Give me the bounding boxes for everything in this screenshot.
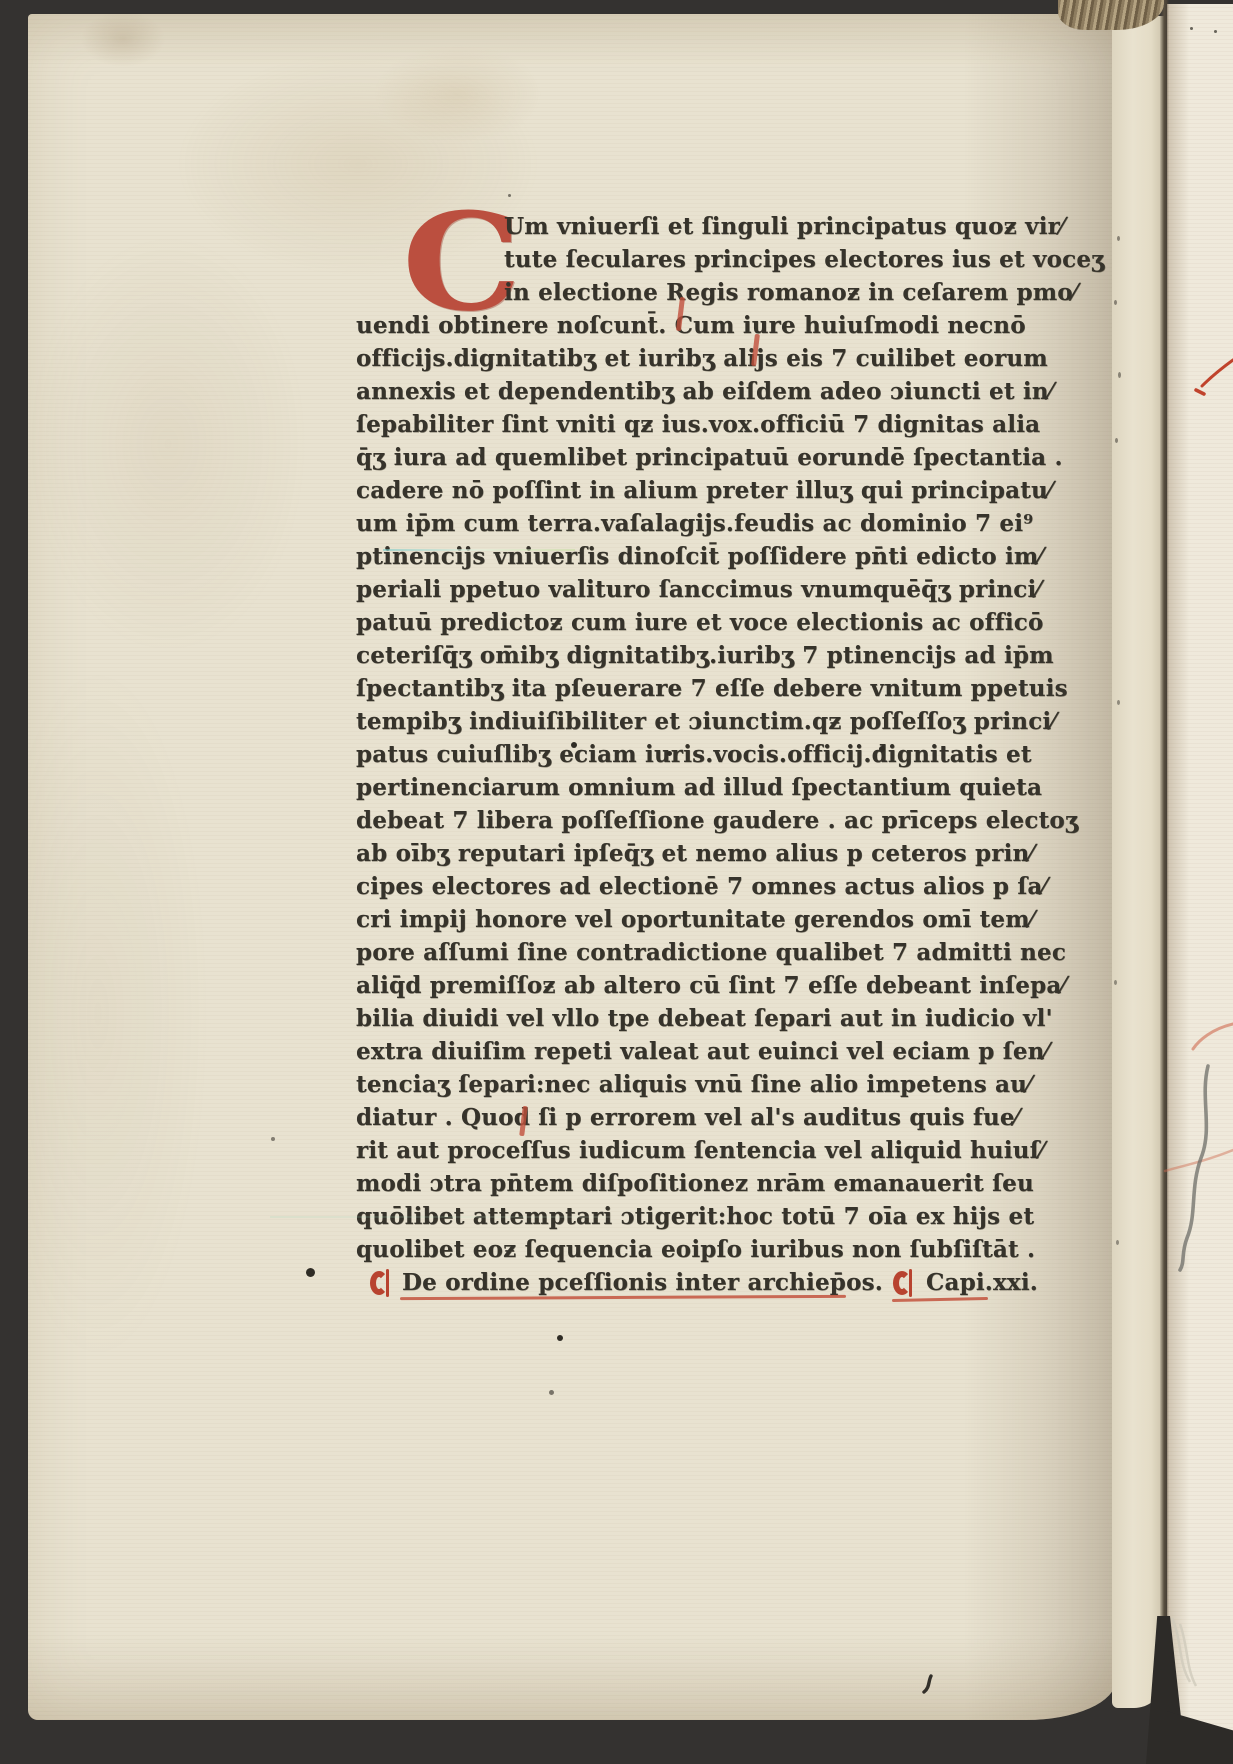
paper-texture xyxy=(1167,4,1233,1764)
ink-speck xyxy=(571,742,577,748)
text-line: tute ſeculares principes electores ius e… xyxy=(356,243,1016,276)
page-fore-edge xyxy=(1112,16,1164,1708)
edge-speck xyxy=(1118,372,1121,378)
edge-speck xyxy=(1117,236,1120,241)
paragraph-mark-icon xyxy=(370,1269,395,1297)
text-block: Um vniuerſi et ſinguli principatus quoƶ … xyxy=(356,210,1016,1266)
edge-speck xyxy=(1214,30,1217,33)
ink-speck xyxy=(879,746,885,752)
edge-speck xyxy=(1115,438,1118,443)
text-line: annexis et dependentibʒ ab eiſdem adeo ɔ… xyxy=(356,375,1016,408)
text-line: ptinencijs vniuerſis dinoſcit̄ poſſidere… xyxy=(356,540,1016,573)
ink-speck xyxy=(508,194,511,197)
ink-speck xyxy=(667,751,672,756)
ink-speck xyxy=(271,1137,275,1141)
scan-artifact-line xyxy=(270,1216,610,1218)
edge-speck xyxy=(1114,980,1117,985)
text-line: periali ppetuo valituro ſanccimus vnumqu… xyxy=(356,573,1016,606)
text-line: aliq̄d premiſſoƶ ab altero cū ſint 7 eſſ… xyxy=(356,969,1016,1002)
text-line: bilia diuidi vel vllo tpe debeat ſepari … xyxy=(356,1002,1016,1035)
text-line: patuū predictoƶ cum iure et voce electio… xyxy=(356,606,1016,639)
text-line: cri impij honore vel oportunitate gerend… xyxy=(356,903,1016,936)
text-line: ab oībʒ reputari ipſeq̄ʒ et nemo alius p… xyxy=(356,837,1016,870)
text-line: uendi obtinere noſcunt̄. Cum iure huiuſm… xyxy=(356,309,1016,342)
text-line: ſepabiliter ſint vniti qƶ ius.vox.offici… xyxy=(356,408,1016,441)
chapter-rubric-line: De ordine pceſſionis inter archiep̄os. C… xyxy=(370,1266,1038,1299)
edge-speck xyxy=(1190,27,1193,30)
text-line: in electione Regis romanoƶ in ceſarem pm… xyxy=(356,276,1016,309)
ink-speck xyxy=(306,1268,315,1277)
edge-speck xyxy=(1114,300,1117,305)
chapter-number: Capi.xxi. xyxy=(926,1269,1038,1296)
text-line: tempibʒ indiuiſibiliter et ɔiunctim.qƶ p… xyxy=(356,705,1016,738)
text-line: debeat 7 libera poſſeſſione gaudere . ac… xyxy=(356,804,1016,837)
text-line: patus cuiuſlibʒ eciam iuris.vocis.offici… xyxy=(356,738,1016,771)
text-line: ſpectantibʒ ita pſeuerare 7 eſſe debere … xyxy=(356,672,1016,705)
text-line: cipes electores ad electionē 7 omnes act… xyxy=(356,870,1016,903)
text-line: extra diuiſim repeti valeat aut euinci v… xyxy=(356,1035,1016,1068)
text-line: Um vniuerſi et ſinguli principatus quoƶ … xyxy=(356,210,1016,243)
text-line: tenciaʒ ſepari:nec aliquis vnū ſine alio… xyxy=(356,1068,1016,1101)
paragraph-mark-icon xyxy=(893,1269,918,1297)
book-scan: C Um vniuerſi et ſinguli principatus quo… xyxy=(0,0,1233,1764)
text-line: officijs.dignitatibʒ et iuribʒ alijs eis… xyxy=(356,342,1016,375)
next-page-edge xyxy=(1167,4,1233,1764)
ink-speck xyxy=(557,1335,563,1341)
text-line: diatur . Quod ſi p errorem vel al's audi… xyxy=(356,1101,1016,1134)
edge-speck xyxy=(1117,700,1120,705)
scan-artifact-line xyxy=(383,549,575,551)
text-line: modi ɔtra pn̄tem diſpoſitionez nrām eman… xyxy=(356,1167,1016,1200)
text-line: ceteriſq̄ʒ om̄ibʒ dignitatibʒ.iuribʒ 7 p… xyxy=(356,639,1016,672)
text-line: pore aſſumi ſine contradictione qualibet… xyxy=(356,936,1016,969)
edge-speck xyxy=(1116,1240,1119,1245)
text-line: cadere nō poſſint in alium preter illuʒ … xyxy=(356,474,1016,507)
text-line: quolibet eoƶ ſequencia eoipſo iuribus no… xyxy=(356,1233,1016,1266)
text-line: rit aut proceſſus iudicum ſentencia vel … xyxy=(356,1134,1016,1167)
text-line: um ip̄m cum terra.vaſalagijs.feudis ac d… xyxy=(356,507,1016,540)
gutter-crease xyxy=(1160,0,1169,1764)
ink-speck xyxy=(549,1390,554,1395)
text-line: pertinenciarum omnium ad illud ſpectanti… xyxy=(356,771,1016,804)
text-line: q̄ʒ iura ad quemlibet principatuū eorund… xyxy=(356,441,1016,474)
chapter-rubric-title: De ordine pceſſionis inter archiep̄os. xyxy=(402,1269,883,1296)
